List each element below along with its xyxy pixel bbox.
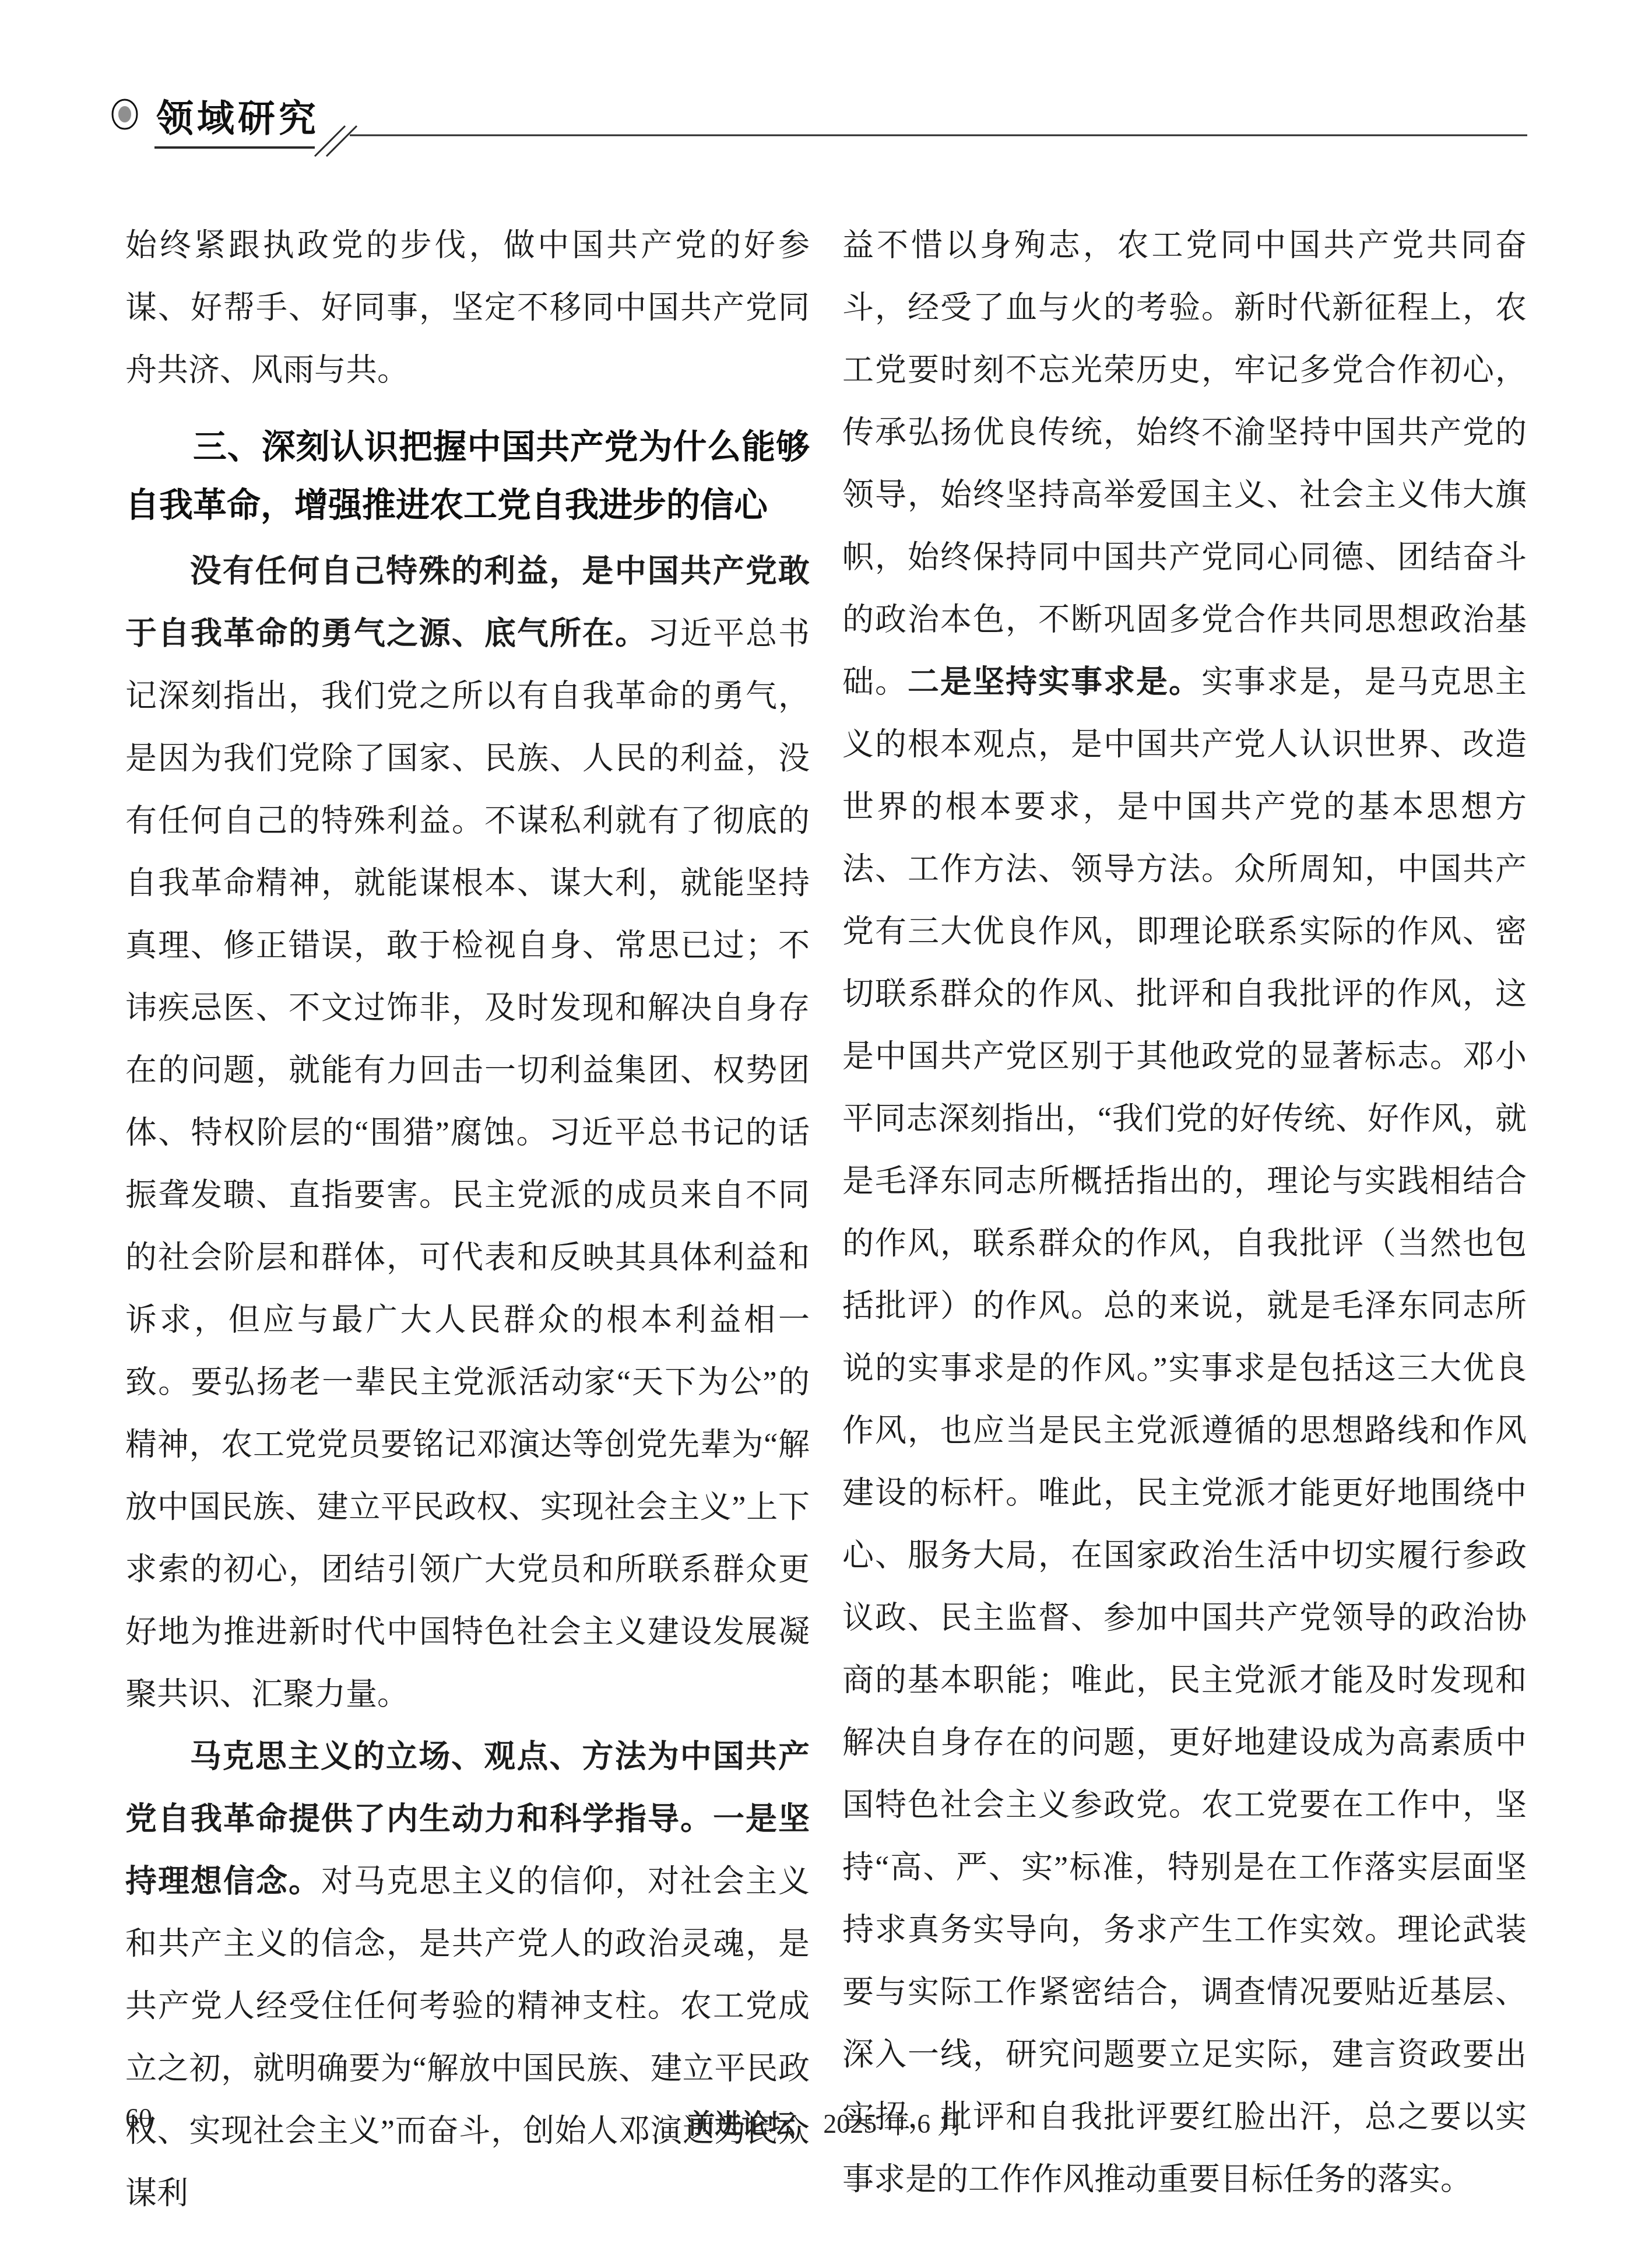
body-text-run: 实事求是，是马克思主义的根本观点，是中国共产党人认识世界、改造世界的根本要求，是…	[842, 665, 1527, 2197]
document-page: 领域研究 始终紧跟执政党的步伐，做中国共产党的好参谋、好帮手、好同事，坚定不移同…	[0, 0, 1652, 2243]
paragraph-continuation: 益不惜以身殉志，农工党同中国共产党共同奋斗，经受了血与火的考验。新时代新征程上，…	[842, 215, 1527, 2211]
column-left: 始终紧跟执政党的步伐，做中国共产党的好参谋、好帮手、好同事，坚定不移同中国共产党…	[125, 215, 810, 2225]
journal-name: 前进论坛	[688, 2109, 795, 2139]
footer: 前进论坛2025 年 6 月	[0, 2102, 1652, 2141]
body-text-run: 习近平总书记深刻指出，我们党之所以有自我革命的勇气，是因为我们党除了国家、民族、…	[125, 616, 810, 1712]
paragraph-continuation: 始终紧跟执政党的步伐，做中国共产党的好参谋、好帮手、好同事，坚定不移同中国共产党…	[125, 215, 810, 402]
body-text-run: 对马克思主义的信仰，对社会主义和共产主义的信念，是共产党人的政治灵魂，是共产党人…	[125, 1864, 810, 2211]
emphasis-run: 二是坚持实事求是。	[908, 665, 1201, 700]
paragraph: 没有任何自己特殊的利益，是中国共产党敢于自我革命的勇气之源、底气所在。习近平总书…	[125, 540, 810, 1726]
paragraph: 马克思主义的立场、观点、方法为中国共产党自我革命提供了内生动力和科学指导。一是坚…	[125, 1726, 810, 2225]
section-heading: 三、深刻认识把握中国共产党为什么能够自我革命，增强推进农工党自我进步的信心	[125, 418, 810, 535]
column-right: 益不惜以身殉志，农工党同中国共产党共同奋斗，经受了血与火的考验。新时代新征程上，…	[842, 215, 1527, 2225]
issue-date: 2025 年 6 月	[823, 2109, 964, 2139]
body-columns: 始终紧跟执政党的步伐，做中国共产党的好参谋、好帮手、好同事，坚定不移同中国共产党…	[125, 215, 1527, 2225]
header-rule	[0, 0, 1652, 187]
body-text-run: 始终紧跟执政党的步伐，做中国共产党的好参谋、好帮手、好同事，坚定不移同中国共产党…	[125, 228, 810, 388]
body-text-run: 益不惜以身殉志，农工党同中国共产党共同奋斗，经受了血与火的考验。新时代新征程上，…	[842, 228, 1527, 700]
